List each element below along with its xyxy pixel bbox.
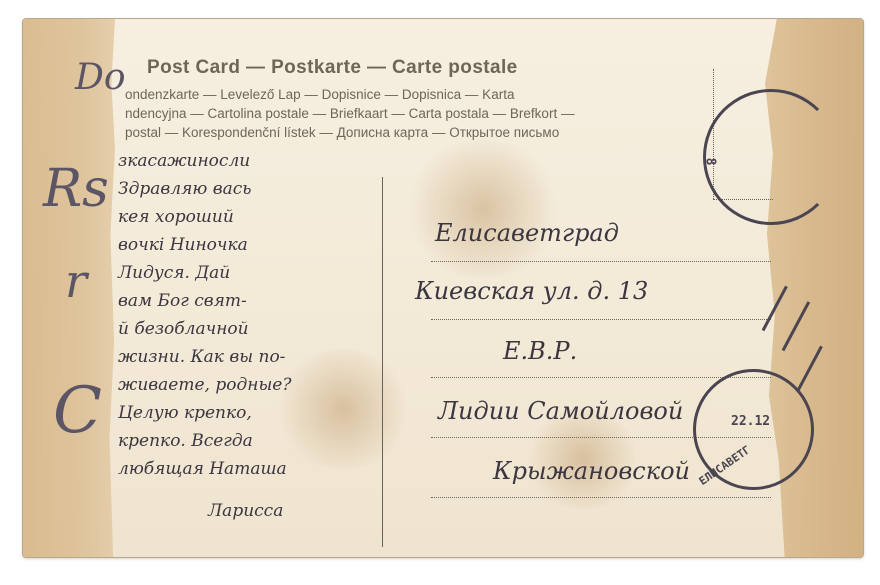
address-line [431,261,771,262]
address-street: Киевская ул. д. 13 [415,277,648,305]
message-signature: Ларисса [208,501,283,521]
stain [273,349,413,469]
message-line: вам Бог свят- [118,291,247,311]
message-address-divider [382,177,383,547]
address-title: Е.В.Р. [503,337,577,365]
margin-note-lower: r [65,254,87,308]
postcard: Post Card — Postkarte — Carte postale on… [22,18,864,558]
header-line-1: ondenzkarte — Levelező Lap — Dopisnice —… [125,85,725,104]
stain [403,139,563,279]
address-city: Елисаветград [435,219,619,247]
margin-note-mid: Rs [43,159,109,219]
message-line: живаете, родные? [118,375,291,395]
message-line: кея хороший [118,207,234,227]
message-line: любящая Наташа [118,459,287,479]
address-surname: Крыжановской [493,457,690,485]
margin-note-bottom: C [53,374,102,448]
address-line [431,319,771,320]
address-recipient: Лидии Самойловой [438,397,683,425]
postmark-top [703,89,839,225]
message-line: жизни. Как вы по- [118,347,285,367]
message-line: вочкі Ниночка [118,235,248,255]
margin-note-top: Do [75,57,126,98]
message-line: Лидуся. Дай [118,263,230,283]
message-line: крепко. Всегда [118,431,253,451]
message-line: Целую крепко, [118,403,252,423]
message-line: зкасажиносли [118,151,250,171]
header-title: Post Card — Postkarte — Carte postale [147,57,725,79]
address-line [431,497,771,498]
header-line-3: postal — Korespondenční lístek — Дописна… [125,123,725,142]
postmark-top-digit: 8 [702,158,717,166]
postmark-date: 22.12 [731,414,770,429]
printed-header: Post Card — Postkarte — Carte postale on… [125,57,725,142]
message-line: й безоблачной [118,319,249,339]
message-line: Здравляю вась [118,179,252,199]
header-line-2: ndencyjna — Cartolina postale — Briefkaa… [125,104,725,123]
